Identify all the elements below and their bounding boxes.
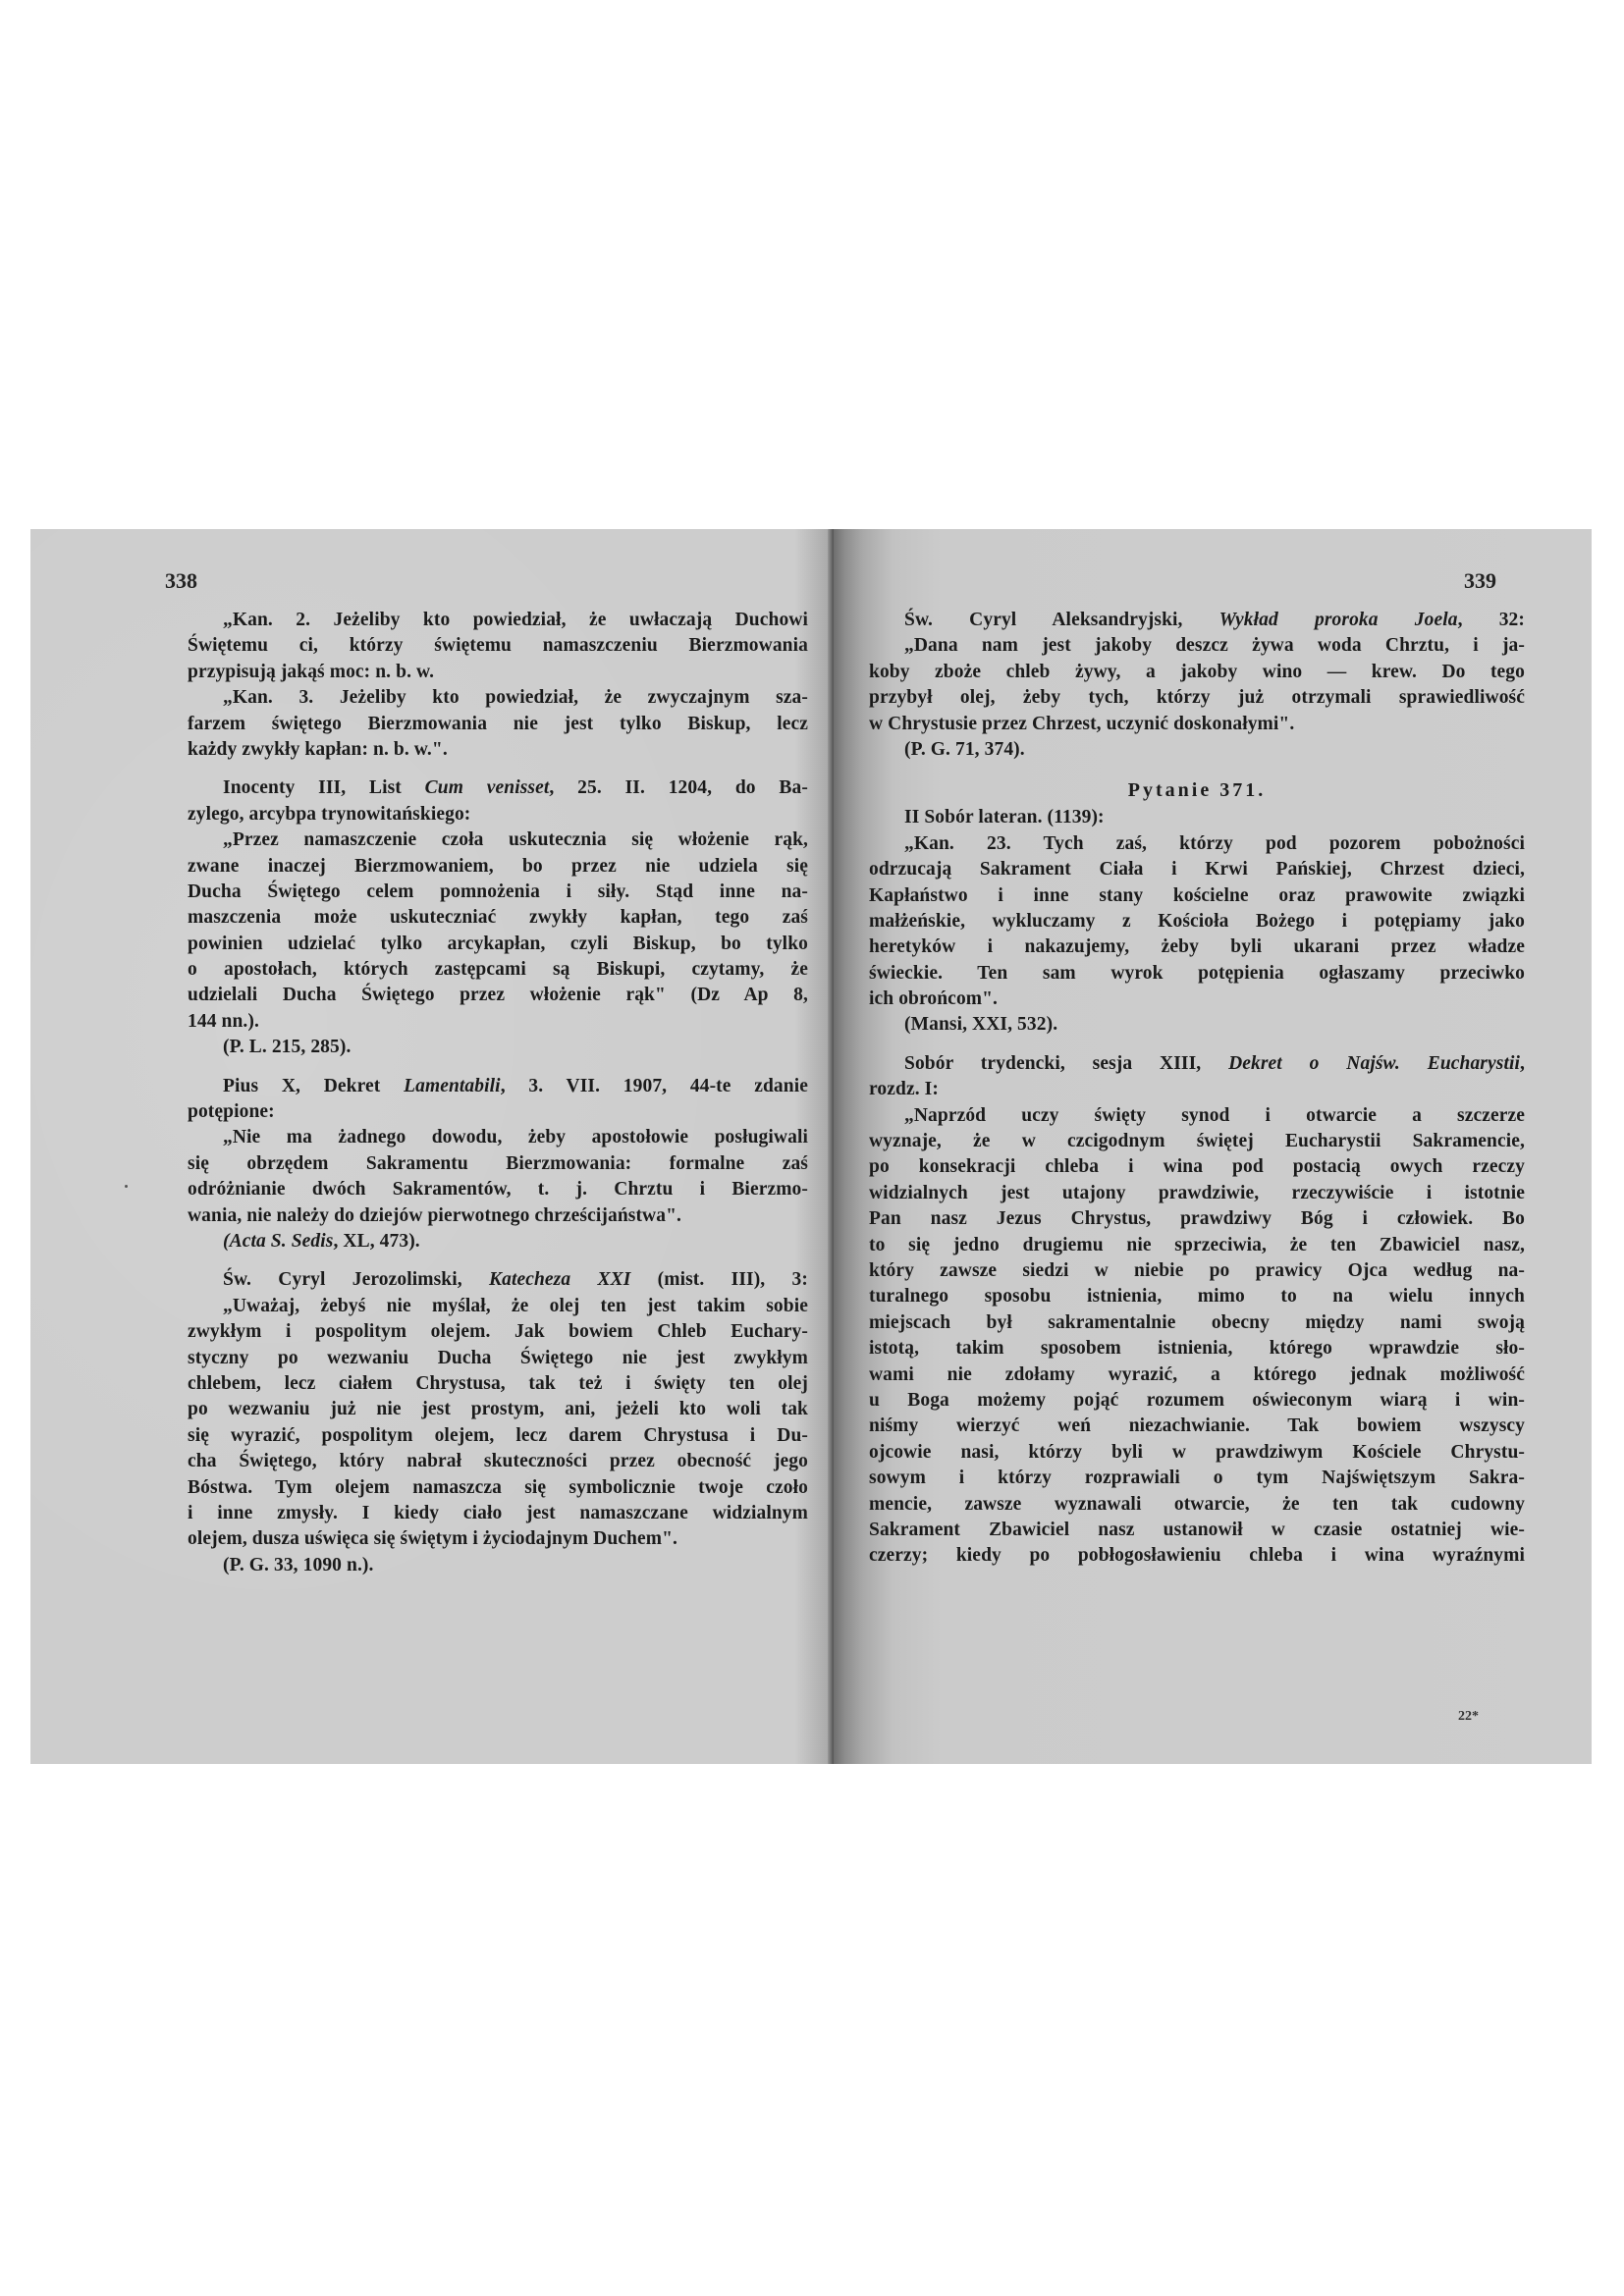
text-line: „Nie ma żadnego dowodu, żeby apostołowie… [188, 1125, 808, 1150]
text-line: Pius X, Dekret Lamentabili, 3. VII. 1907… [188, 1074, 808, 1099]
text-line: mencie, zawsze wyznawali otwarcie, że te… [869, 1492, 1525, 1518]
text-line: w Chrystusie przez Chrzest, uczynić dosk… [869, 712, 1525, 737]
signature-mark: 22* [1458, 1709, 1479, 1725]
text-line: cha Świętego, który nabrał skuteczności … [188, 1449, 808, 1474]
text-line: po wezwaniu już nie jest prostym, ani, j… [188, 1397, 808, 1422]
text-line: powinien udzielać tylko arcykapłan, czyl… [188, 932, 808, 957]
text-line: o apostołach, których zastępcami są Bisk… [188, 957, 808, 983]
text-line: istotą, takim sposobem istnienia, któreg… [869, 1336, 1525, 1362]
text-line: Ducha Świętego celem pomnożenia i siły. … [188, 880, 808, 905]
text-line: odróżnianie dwóch Sakramentów, t. j. Chr… [188, 1177, 808, 1202]
text-line: heretyków i nakazujemy, żeby byli ukaran… [869, 934, 1525, 960]
text-line: farzem świętego Bierzmowania nie jest ty… [188, 712, 808, 737]
text-line: „Uważaj, żebyś nie myślał, że olej ten j… [188, 1294, 808, 1319]
text-line: Bóstwa. Tym olejem namaszcza się symboli… [188, 1475, 808, 1501]
paragraph-gap [869, 1039, 1525, 1051]
text-line: maszczenia może uskuteczniać zwykły kapł… [188, 905, 808, 931]
text-line: miejscach był sakramentalnie obecny międ… [869, 1310, 1525, 1336]
paragraph-gap [188, 1061, 808, 1074]
section-heading: Pytanie 371. [869, 775, 1525, 805]
text-line: każdy zwykły kapłan: n. b. w.". [188, 737, 808, 763]
right-page-body: Św. Cyryl Aleksandryjski, Wykład proroka… [869, 608, 1525, 1570]
text-line: Św. Cyryl Aleksandryjski, Wykład proroka… [869, 608, 1525, 633]
text-line: u Boga możemy pojąć rozumem oświeconym w… [869, 1388, 1525, 1414]
text-line: rozdz. I: [869, 1077, 1525, 1102]
text-line: przybył olej, żeby tych, którzy już otrz… [869, 685, 1525, 711]
text-line: olejem, dusza uświęca się świętym i życi… [188, 1526, 808, 1552]
scan-speck [125, 1185, 128, 1188]
text-line: II Sobór lateran. (1139): [869, 805, 1525, 830]
text-line: świeckie. Ten sam wyrok potępienia ogłas… [869, 961, 1525, 987]
text-line: Sakrament Zbawiciel nasz ustanowił w cza… [869, 1518, 1525, 1543]
text-line: wania, nie należy do dziejów pierwotnego… [188, 1203, 808, 1229]
text-line: potępione: [188, 1099, 808, 1125]
text-line: (P. L. 215, 285). [188, 1035, 808, 1060]
text-line: Św. Cyryl Jerozolimski, Katecheza XXI (m… [188, 1267, 808, 1293]
page-number-right: 339 [1464, 568, 1496, 594]
text-line: turalnego sposobu istnienia, mimo to na … [869, 1284, 1525, 1309]
text-line: (P. G. 71, 374). [869, 737, 1525, 763]
text-line: koby zboże chleb żywy, a jakoby wino — k… [869, 660, 1525, 685]
text-line: 144 nn.). [188, 1009, 808, 1035]
right-page: 339 Św. Cyryl Aleksandryjski, Wykład pro… [834, 529, 1592, 1764]
text-line: i inne zmysły. I kiedy ciało jest namasz… [188, 1501, 808, 1526]
left-page: 338 „Kan. 2. Jeżeliby kto powiedział, że… [30, 529, 834, 1764]
text-line: po konsekracji chleba i wina pod postaci… [869, 1154, 1525, 1180]
text-line: ich obrońcom". [869, 987, 1525, 1012]
text-line: „Kan. 23. Tych zaś, którzy pod pozorem p… [869, 831, 1525, 857]
text-line: zwykłym i pospolitym olejem. Jak bowiem … [188, 1319, 808, 1345]
text-line: odrzucają Sakrament Ciała i Krwi Pańskie… [869, 857, 1525, 882]
text-line: chlebem, lecz ciałem Chrystusa, tak też … [188, 1371, 808, 1397]
text-line: niśmy wierzyć weń niezachwianie. Tak bow… [869, 1414, 1525, 1439]
text-line: małżeńskie, wykluczamy z Kościoła Bożego… [869, 909, 1525, 934]
text-line: się obrzędem Sakramentu Bierzmowania: fo… [188, 1151, 808, 1177]
text-line: przypisują jakąś moc: n. b. w. [188, 660, 808, 685]
text-line: który zawsze siedzi w niebie po prawicy … [869, 1258, 1525, 1284]
text-line: Świętemu ci, którzy świętemu namaszczeni… [188, 633, 808, 659]
text-line: „Kan. 3. Jeżeliby kto powiedział, że zwy… [188, 685, 808, 711]
text-line: (Acta S. Sedis, XL, 473). [188, 1229, 808, 1255]
text-line: zwane inaczej Bierzmowaniem, bo przez ni… [188, 854, 808, 880]
page-number-left: 338 [165, 568, 197, 594]
left-page-body: „Kan. 2. Jeżeliby kto powiedział, że uwł… [188, 608, 808, 1578]
paragraph-gap [188, 763, 808, 775]
text-line: ojcowie nasi, którzy byli w prawdziwym K… [869, 1440, 1525, 1466]
text-line: się wyrazić, pospolitym olejem, lecz dar… [188, 1423, 808, 1449]
paragraph-gap [188, 1255, 808, 1267]
text-line: Sobór trydencki, sesja XIII, Dekret o Na… [869, 1051, 1525, 1077]
paragraph-gap [869, 763, 1525, 775]
book-spread-scan: 338 „Kan. 2. Jeżeliby kto powiedział, że… [30, 529, 1592, 1764]
text-line: sowym i którzy rozprawiali o tym Najświę… [869, 1466, 1525, 1491]
text-line: Inocenty III, List Cum venisset, 25. II.… [188, 775, 808, 801]
text-line: wami nie zdołamy wyrazić, a którego jedn… [869, 1362, 1525, 1388]
text-line: Kapłaństwo i inne stany kościelne oraz p… [869, 883, 1525, 909]
text-line: udzielali Ducha Świętego przez włożenie … [188, 983, 808, 1008]
text-line: zylego, arcybpa trynowitańskiego: [188, 802, 808, 828]
text-line: to się jedno drugiemu nie sprzeciwia, że… [869, 1233, 1525, 1258]
text-line: (Mansi, XXI, 532). [869, 1012, 1525, 1038]
text-line: wyznaje, że w czcigodnym świętej Euchary… [869, 1129, 1525, 1154]
text-line: styczny po wezwaniu Ducha Świętego nie j… [188, 1346, 808, 1371]
text-line: „Przez namaszczenie czoła uskutecznia si… [188, 828, 808, 853]
text-line: (P. G. 33, 1090 n.). [188, 1553, 808, 1578]
text-line: Pan nasz Jezus Chrystus, prawdziwy Bóg i… [869, 1206, 1525, 1232]
text-line: „Dana nam jest jakoby deszcz żywa woda C… [869, 633, 1525, 659]
text-line: czerzy; kiedy po pobłogosławieniu chleba… [869, 1543, 1525, 1569]
text-line: „Naprzód uczy święty synod i otwarcie a … [869, 1103, 1525, 1129]
text-line: widzialnych jest utajony prawdziwie, rze… [869, 1181, 1525, 1206]
text-line: „Kan. 2. Jeżeliby kto powiedział, że uwł… [188, 608, 808, 633]
